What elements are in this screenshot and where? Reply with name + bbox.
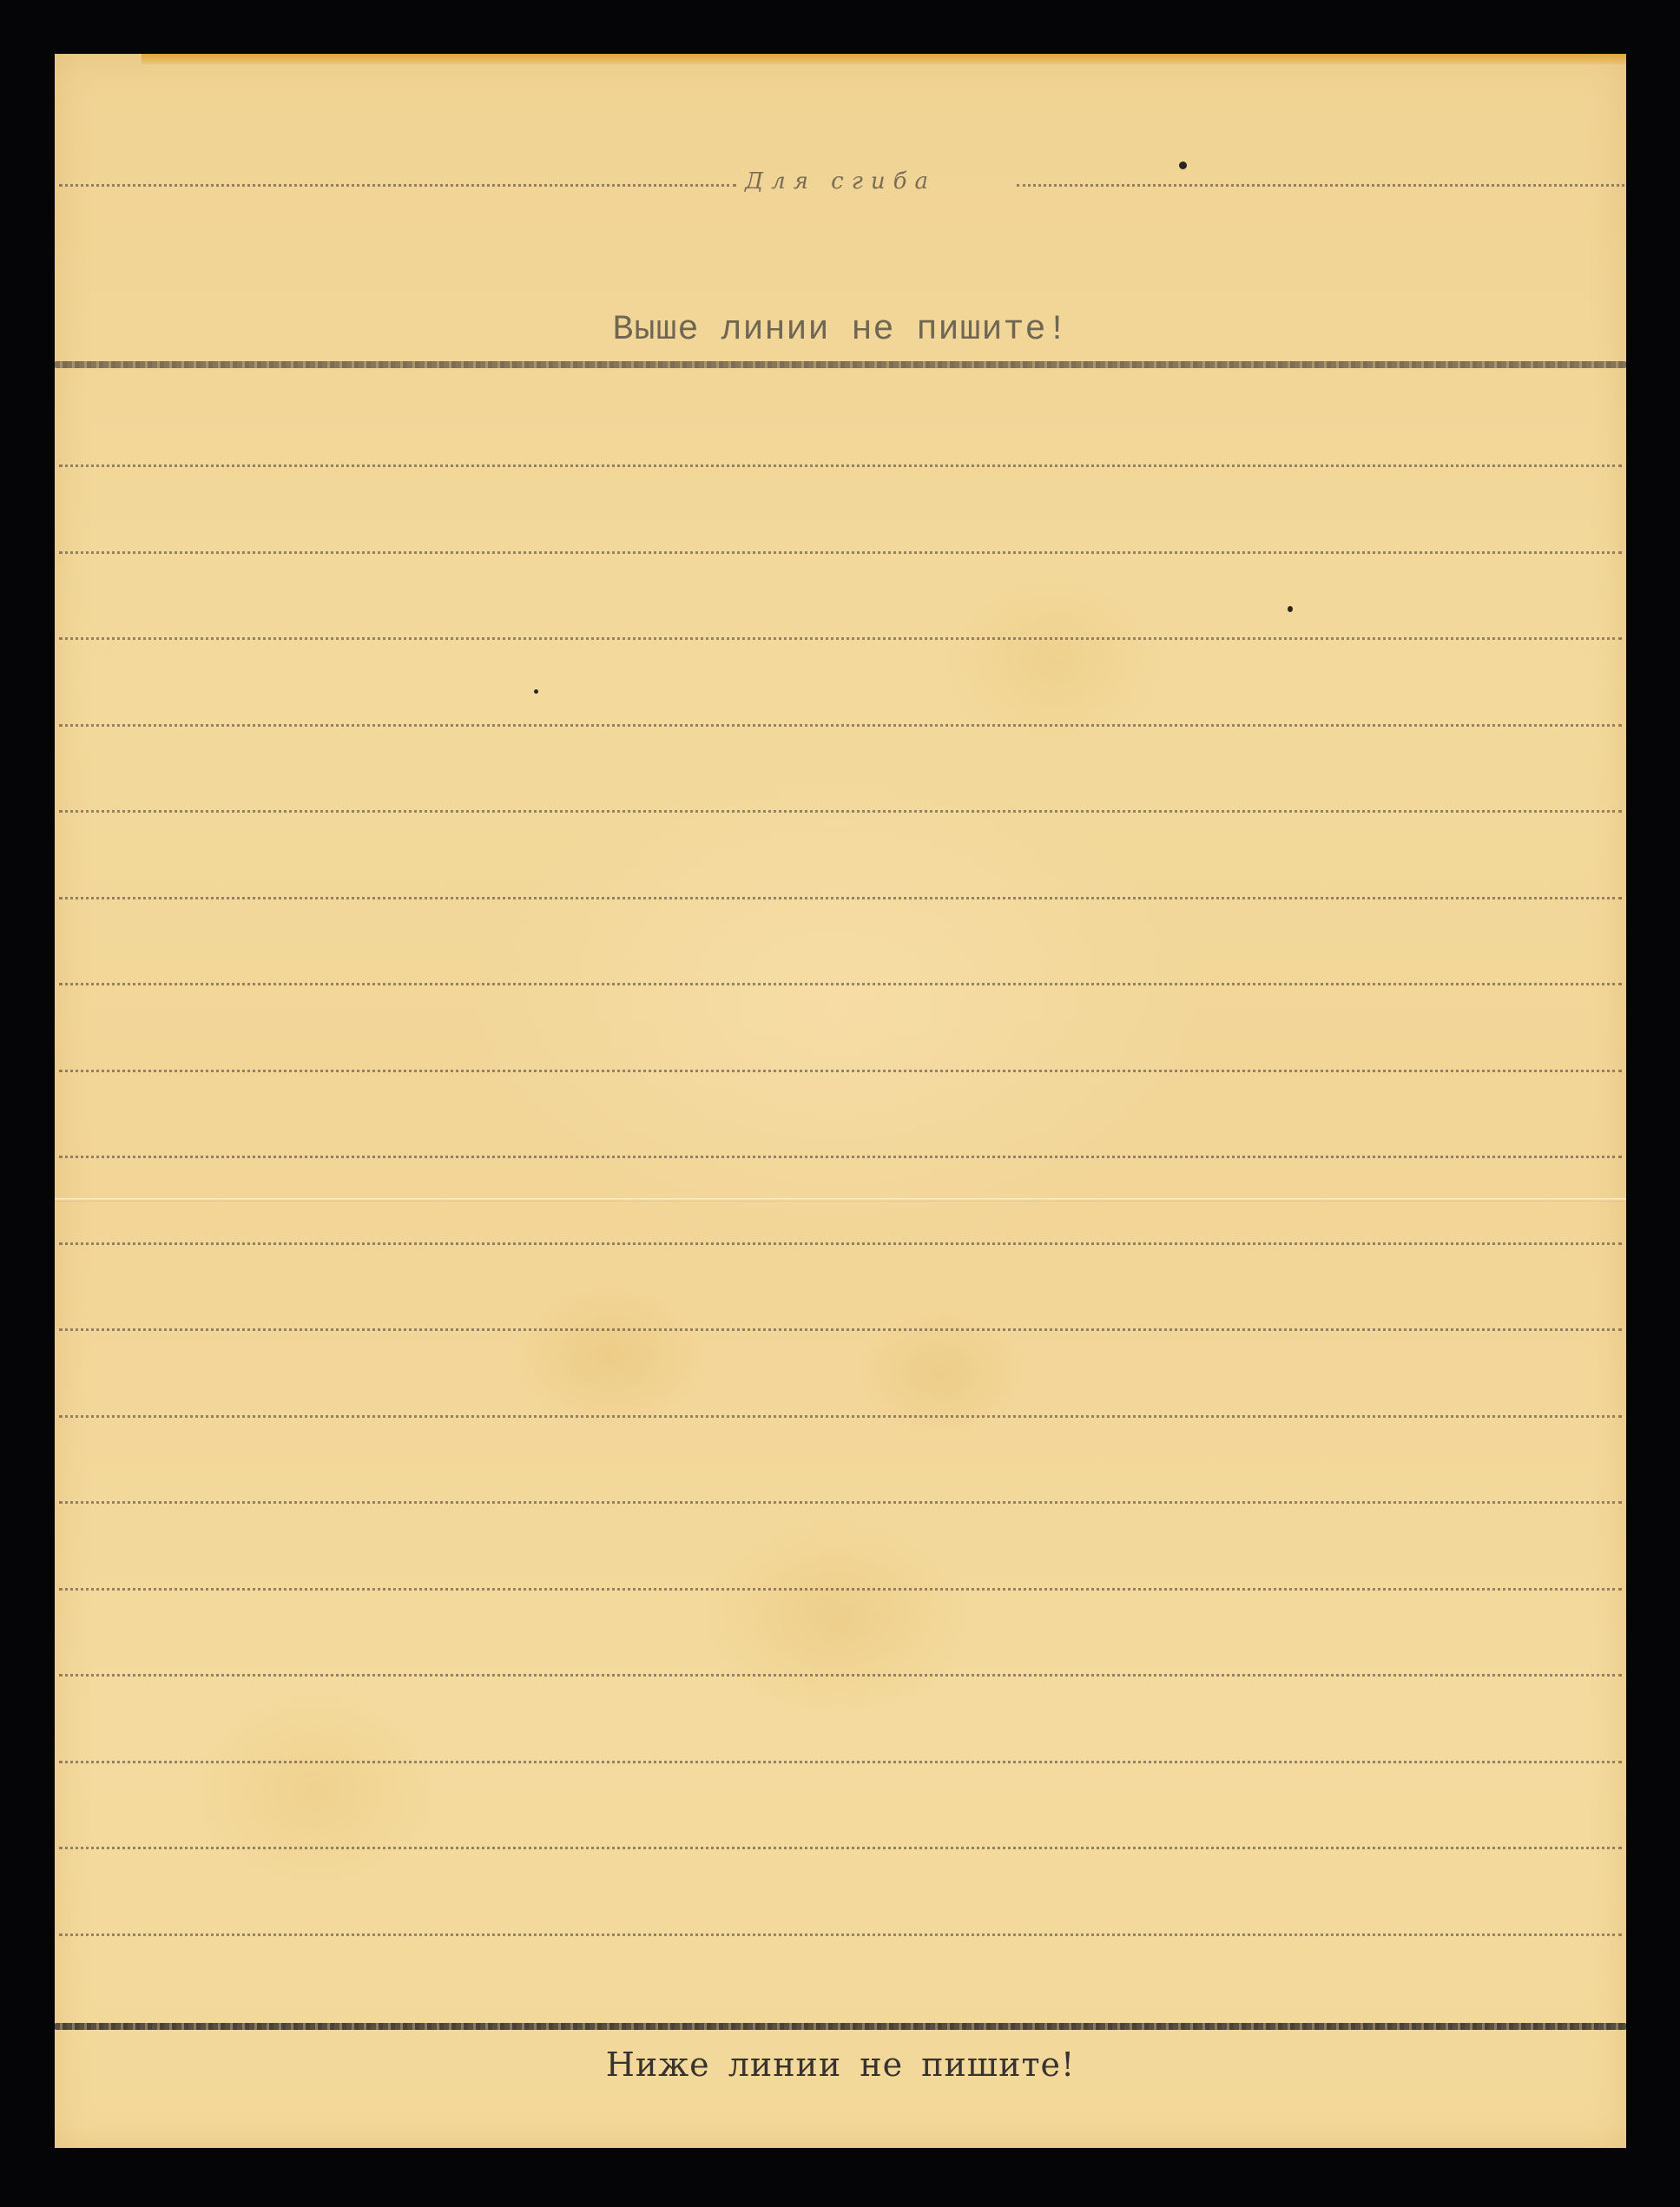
writing-line [59,1588,1622,1591]
writing-line [59,1156,1622,1158]
writing-line [59,1761,1622,1763]
writing-line [59,1674,1622,1677]
ink-speck [1179,161,1187,169]
letter-sheet: Для сгиба Выше линии не пишите! Ниже лин… [55,54,1626,2148]
writing-line [59,983,1622,985]
writing-line [59,1242,1622,1245]
writing-line [59,1328,1622,1331]
writing-line [59,897,1622,899]
writing-line [59,1934,1622,1936]
footer-instruction: Ниже линии не пишите! [55,2046,1626,2084]
top-edge-stain [142,54,1626,64]
writing-line [59,810,1622,813]
writing-line [59,551,1622,554]
ink-speck [1288,606,1293,612]
writing-line [59,1501,1622,1504]
footer-rule [55,2023,1626,2030]
header-instruction: Выше линии не пишите! [55,311,1626,350]
writing-line [59,1415,1622,1418]
writing-line [59,1847,1622,1849]
writing-line [59,637,1622,640]
header-rule [55,361,1626,368]
writing-line [59,464,1622,467]
ink-speck [534,689,538,694]
fold-label: Для сгиба [55,168,1626,194]
center-fold-crease [55,1198,1626,1202]
writing-line [59,1070,1622,1072]
writing-line [59,724,1622,727]
